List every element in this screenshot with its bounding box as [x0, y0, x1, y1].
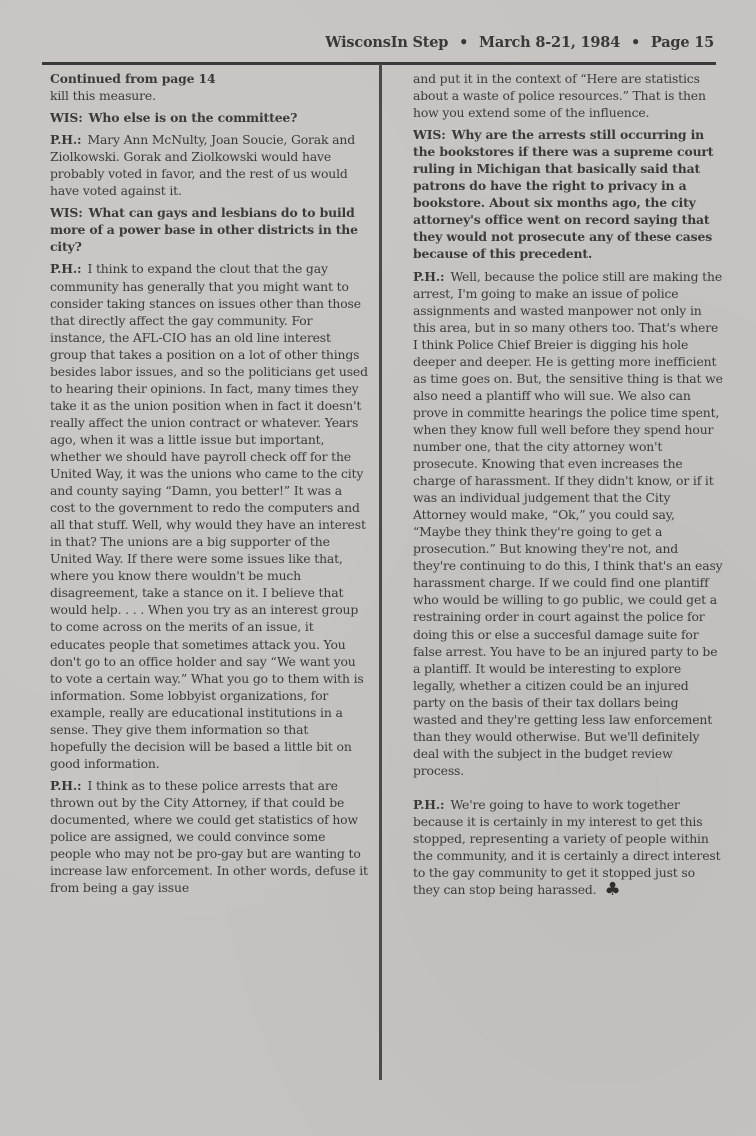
continuation-text: and put it in the context of “Here are s…	[413, 70, 723, 121]
header-separator: •	[631, 34, 640, 51]
running-head: WisconsIn Step • March 8-21, 1984 • Page…	[325, 34, 714, 51]
interview-question: WIS:Who else is on the committee?	[50, 109, 368, 126]
header-separator: •	[459, 34, 468, 51]
answer-text: Mary Ann McNulty, Joan Soucie, Gorak and…	[50, 132, 355, 198]
interview-question: WIS:What can gays and lesbians do to bui…	[50, 204, 368, 255]
publication-name: WisconsIn Step	[325, 34, 448, 51]
question-text: Why are the arrests still occurring in t…	[413, 127, 713, 261]
question-text: Who else is on the committee?	[89, 110, 298, 125]
interview-answer: P.H.:Mary Ann McNulty, Joan Soucie, Gora…	[50, 131, 368, 199]
speaker-label: P.H.:	[50, 132, 81, 147]
opening-text: kill this measure.	[50, 88, 156, 103]
interview-answer: P.H.:I think as to these police arrests …	[50, 777, 368, 896]
right-column: and put it in the context of “Here are s…	[413, 70, 723, 903]
opening-text: and put it in the context of “Here are s…	[413, 71, 706, 120]
left-column: Continued from page 14 kill this measure…	[50, 70, 368, 901]
speaker-label: WIS:	[50, 205, 83, 220]
column-divider	[379, 64, 382, 1080]
speaker-label: P.H.:	[413, 269, 444, 284]
interview-answer: P.H.:Well, because the police still are …	[413, 268, 723, 779]
question-text: What can gays and lesbians do to build m…	[50, 205, 358, 254]
interview-answer: P.H.:I think to expand the clout that th…	[50, 260, 368, 771]
speaker-label: P.H.:	[413, 797, 444, 812]
newspaper-page: WisconsIn Step • March 8-21, 1984 • Page…	[0, 0, 756, 1136]
answer-text: I think to expand the clout that the gay…	[50, 261, 368, 770]
speaker-label: P.H.:	[50, 778, 81, 793]
answer-text: I think as to these police arrests that …	[50, 778, 368, 895]
club-suit-icon: ♣	[604, 884, 620, 896]
interview-answer: P.H.:We're going to have to work togethe…	[413, 796, 723, 898]
answer-text: Well, because the police still are makin…	[413, 269, 723, 778]
speaker-label: P.H.:	[50, 261, 81, 276]
interview-question: WIS:Why are the arrests still occurring …	[413, 126, 723, 262]
speaker-label: WIS:	[50, 110, 83, 125]
page-number: Page 15	[651, 34, 714, 51]
speaker-label: WIS:	[413, 127, 446, 142]
continued-block: Continued from page 14 kill this measure…	[50, 70, 368, 104]
continued-label: Continued from page 14	[50, 70, 368, 87]
issue-date: March 8-21, 1984	[479, 34, 620, 51]
answer-text: We're going to have to work together bec…	[413, 797, 720, 897]
spacer	[413, 784, 723, 796]
